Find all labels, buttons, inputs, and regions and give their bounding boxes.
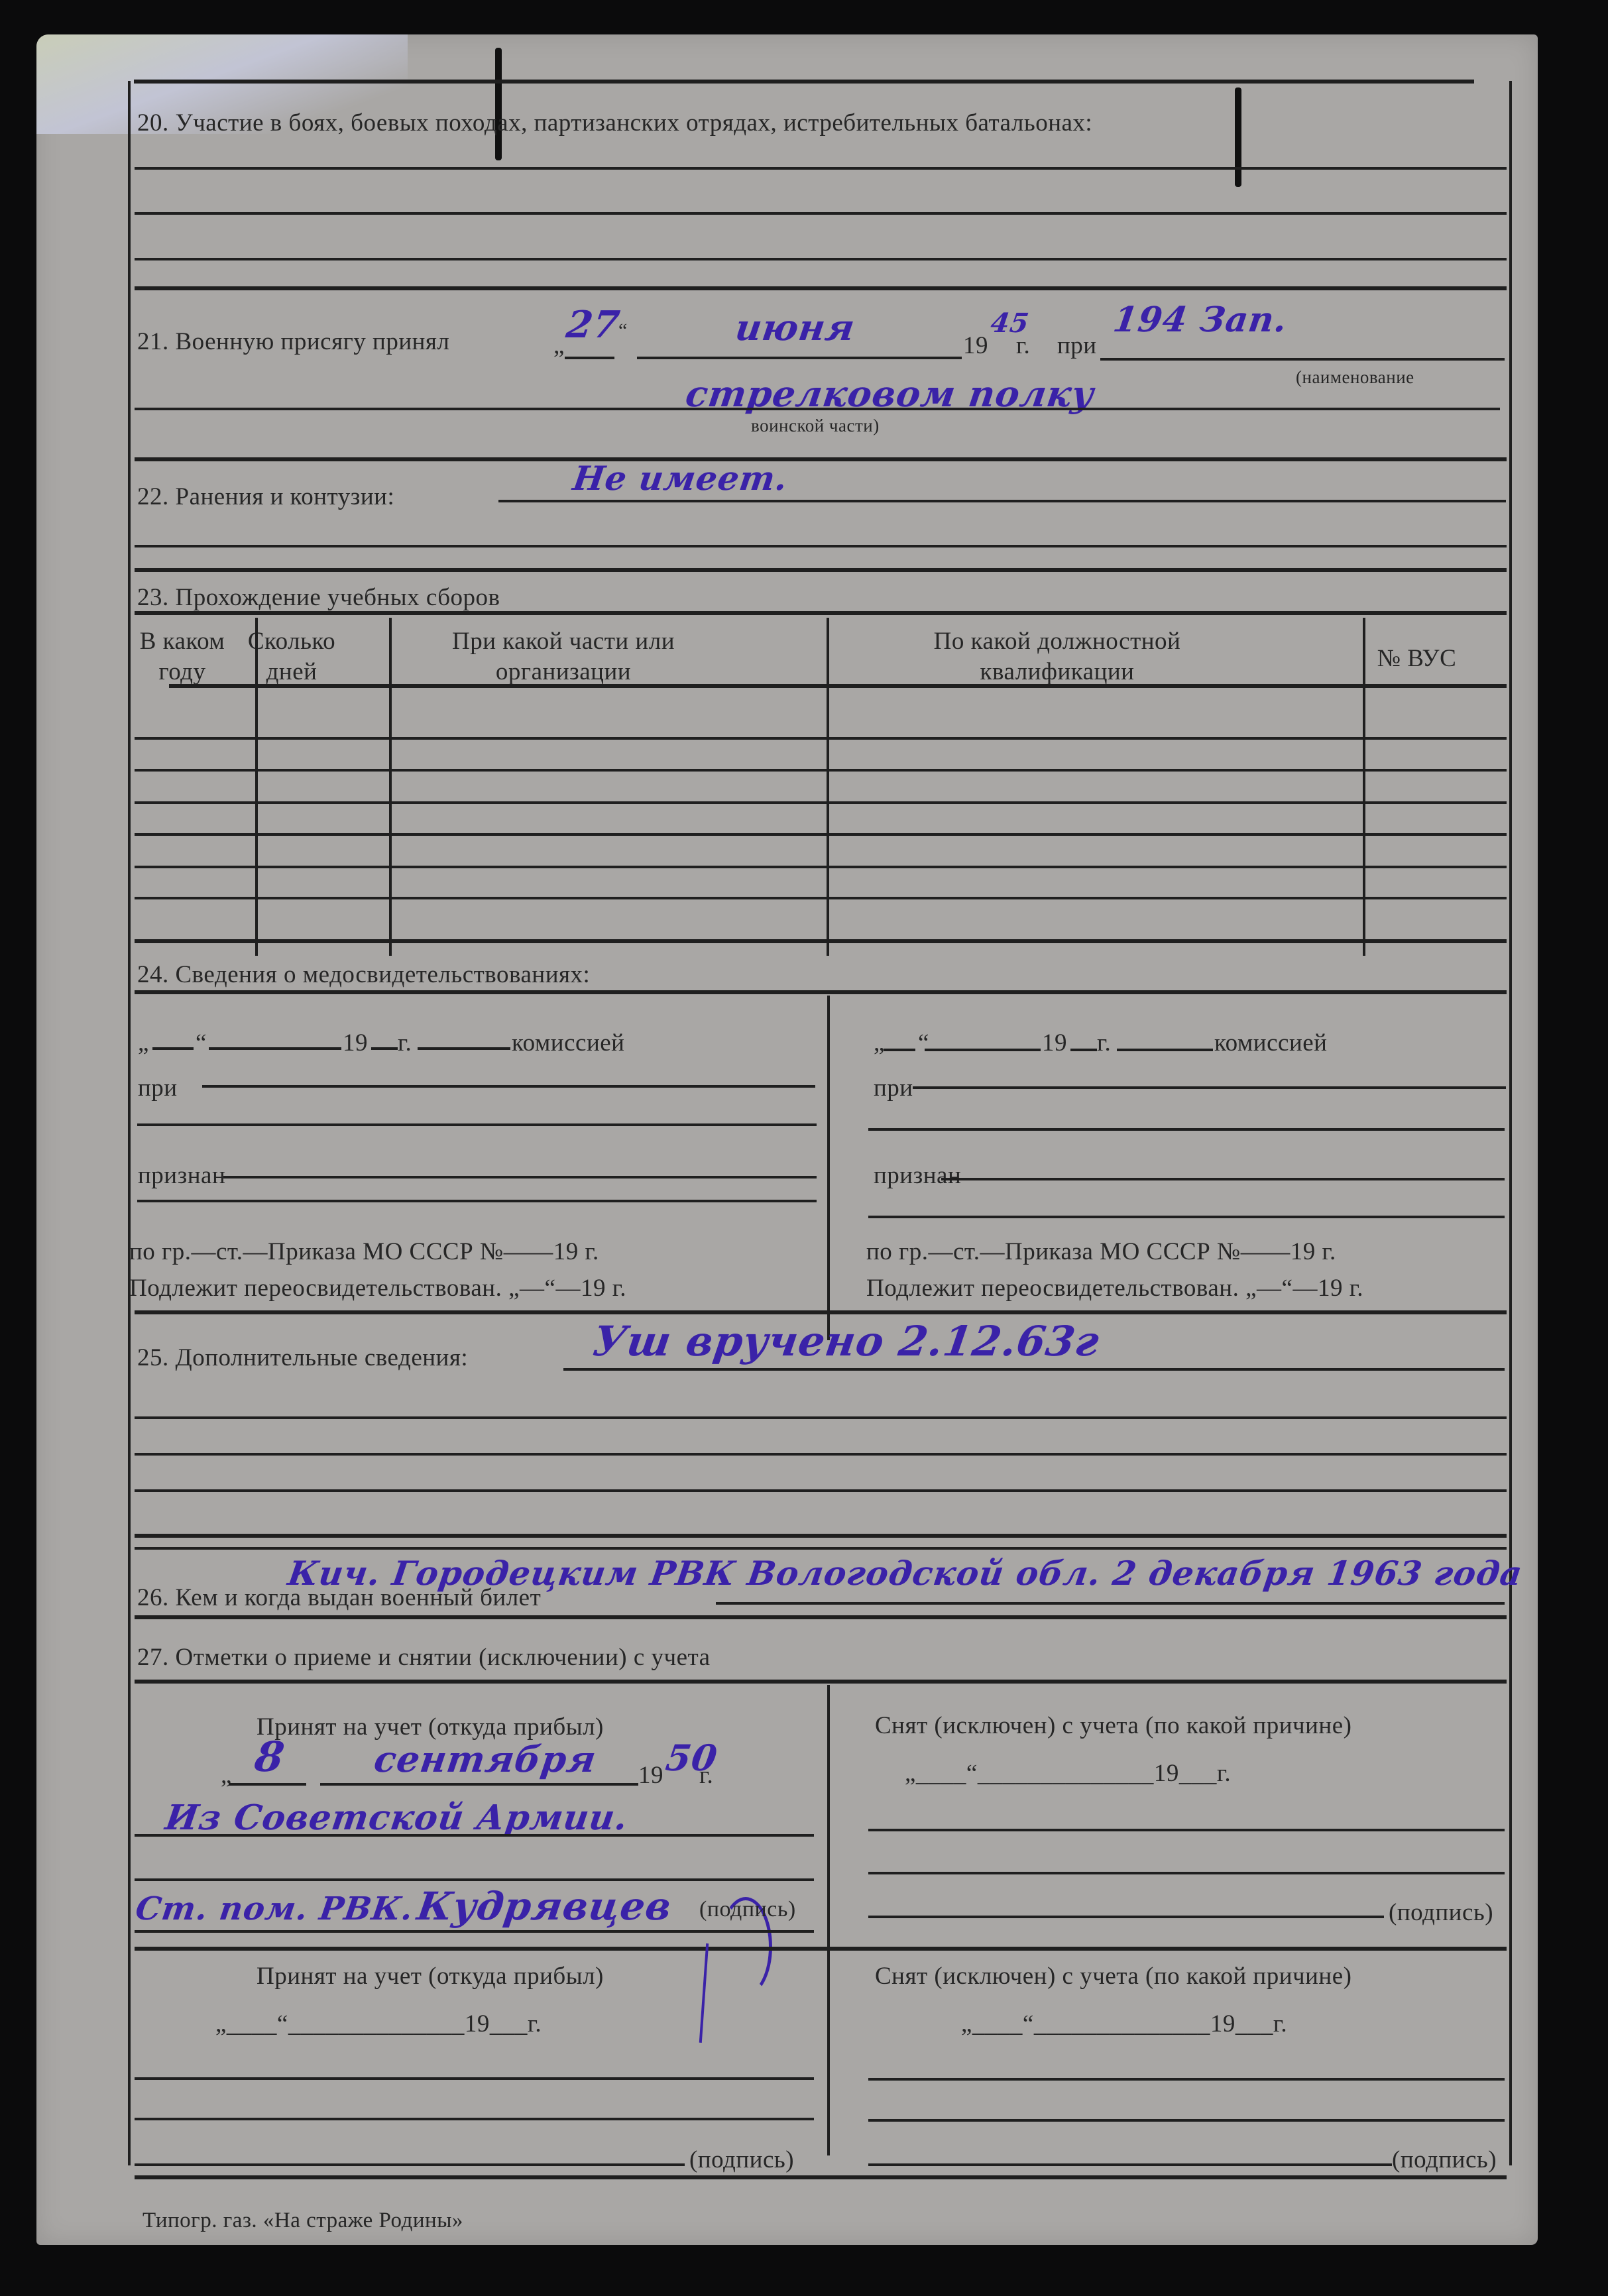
med-r-found: признан [874, 1161, 961, 1190]
s21-caption-unit: воинской части) [751, 416, 880, 436]
accepted-line-2 [135, 1878, 814, 1881]
med-l-quote-open: „ [138, 1029, 149, 1057]
med-l-month-field[interactable] [209, 1047, 341, 1050]
s24-divider [827, 996, 830, 1340]
s23-col-days: Сколько дней [235, 626, 348, 687]
removed-line-2[interactable] [868, 1872, 1505, 1874]
s26-line [716, 1602, 1505, 1605]
col-unit-l1: При какой части или [452, 628, 675, 655]
med-r-year: 19 [1042, 1029, 1067, 1057]
med-r-year-field[interactable] [1070, 1049, 1097, 1051]
s22-line-1 [498, 500, 1506, 502]
col-year-l2: году [158, 658, 205, 685]
med-r-quote-open: „ [874, 1029, 885, 1057]
frame-right [1509, 81, 1512, 2165]
removed-caption-2: Снят (исключен) с учета (по какой причин… [875, 1962, 1351, 1990]
accepted-month-line-1 [320, 1783, 638, 1786]
col-days-l1: Сколько [248, 628, 335, 655]
staple-right [1235, 87, 1241, 187]
removed-caption-1: Снят (исключен) с учета (по какой причин… [875, 1711, 1351, 1740]
ink-stroke [699, 1943, 709, 2043]
s27-header-rule [135, 1680, 1507, 1684]
s26-bottom-rule [135, 1615, 1507, 1619]
s24-bottom-rule [135, 1310, 1507, 1314]
signature-1[interactable]: Кудрявцев [414, 1884, 675, 1929]
accepted-caption-2: Принят на учет (откуда прибыл) [257, 1962, 604, 1990]
s21-close-quote: “ [618, 319, 628, 342]
med-r-order: по гр.—ст.—Приказа МО СССР №——19 г. [866, 1237, 1336, 1266]
s23-col-qualification: По какой должностной квалификации [792, 626, 1322, 687]
col-days-l2: дней [266, 658, 317, 685]
med-l-at-field[interactable] [202, 1085, 815, 1088]
s23-label: 23. Прохождение учебных сборов [137, 583, 500, 612]
s21-unit-line1[interactable]: 194 Зап. [1111, 300, 1290, 340]
med-r-month-field[interactable] [925, 1049, 1041, 1051]
med-r-quote-close: “ [918, 1029, 929, 1057]
med-l-found: признан [138, 1161, 225, 1190]
s25-line-1 [563, 1368, 1505, 1371]
s27-divider [827, 1685, 830, 2155]
signature-caption-1: (подпись) [699, 1897, 796, 1922]
s21-day[interactable]: 27 [563, 303, 622, 347]
s22-line-2 [135, 545, 1507, 547]
s21-label: 21. Военную присягу принял [137, 327, 449, 356]
s21-year-prefix: 19 [963, 331, 988, 360]
printer-imprint: Типогр. газ. «На страже Родины» [143, 2209, 463, 2233]
table-row[interactable] [135, 769, 1507, 772]
med-r-reexam: Подлежит переосвидетельствован. „—“—19 г… [866, 1274, 1363, 1302]
table-row[interactable] [135, 833, 1507, 836]
accepted-day-1[interactable]: 8 [252, 1733, 288, 1781]
s23-header-bottom [169, 684, 1507, 688]
s20-bottom-rule [135, 286, 1507, 290]
form-bottom-rule [135, 2175, 1507, 2179]
s21-month[interactable]: июня [733, 306, 858, 349]
document-page: 20. Участие в боях, боевых походах, парт… [36, 34, 1538, 2245]
removed-sign-caption-1: (подпись) [1389, 1898, 1493, 1927]
s21-year-label: г. [1016, 331, 1030, 360]
s24-label: 24. Сведения о медосвидетельствованиях: [137, 960, 590, 989]
s21-open-quote: „ [553, 331, 565, 360]
med-r-line-2[interactable] [868, 1216, 1505, 1218]
removed-line-1[interactable] [868, 1829, 1505, 1831]
col-sep-1 [255, 618, 258, 956]
s25-value[interactable]: Уш вручено 2.12.63г [590, 1317, 1103, 1365]
med-l-quote-close: “ [196, 1029, 207, 1057]
accepted-signed-by-1[interactable]: Ст. пом. РВК. [133, 1890, 416, 1927]
accepted-caption-1: Принят на учет (откуда прибыл) [257, 1713, 604, 1741]
table-row[interactable] [135, 801, 1507, 804]
accepted-date-2[interactable]: „____“______________19___г. [215, 2010, 542, 2038]
s20-line-3[interactable] [135, 258, 1507, 260]
col-qual-l2: квалификации [980, 658, 1135, 685]
med-r-at: при [874, 1074, 913, 1102]
s25-label: 25. Дополнительные сведения: [137, 1344, 468, 1372]
s21-day-line [565, 357, 614, 359]
accepted-month-1[interactable]: сентября [372, 1738, 599, 1780]
med-l-found-field[interactable] [223, 1176, 817, 1178]
med-l-year: 19 [343, 1029, 368, 1057]
staple-left [495, 48, 502, 160]
s25-line-3[interactable] [135, 1453, 1507, 1456]
s21-caption-name: (наименование [1296, 367, 1414, 388]
accepted-line-1 [135, 1834, 814, 1837]
s26-value[interactable]: Кич. Городецким РВК Вологодской обл. 2 д… [286, 1554, 1525, 1593]
med-r-commission-field[interactable] [1117, 1049, 1213, 1051]
col-sep-2 [389, 618, 392, 956]
removed-date-1[interactable]: „____“______________19___г. [905, 1759, 1231, 1788]
med-l-year-field[interactable] [371, 1047, 398, 1050]
s20-line-1[interactable] [135, 167, 1507, 170]
med-r-at-field[interactable] [913, 1086, 1506, 1089]
signature-caption-2: (подпись) [689, 2146, 794, 2174]
s25-line-4[interactable] [135, 1489, 1507, 1492]
med-l-commission: комиссией [512, 1029, 624, 1057]
accepted-year-prefix-1: 19 [638, 1761, 663, 1790]
med-r-found-field[interactable] [941, 1178, 1505, 1180]
accepted-sign-line-2[interactable] [135, 2163, 685, 2166]
s25-line-2[interactable] [135, 1416, 1507, 1419]
s27-label: 27. Отметки о приеме и снятии (исключени… [137, 1643, 711, 1672]
table-row[interactable] [135, 866, 1507, 868]
med-r-year-label: г. [1097, 1029, 1111, 1057]
med-r-line[interactable] [868, 1128, 1505, 1131]
med-l-at: при [138, 1074, 178, 1102]
s26-top-rule [135, 1547, 1507, 1550]
med-l-order: по гр.—ст.—Приказа МО СССР №——19 г. [129, 1237, 599, 1266]
removed-date-2[interactable]: „____“______________19___г. [961, 2010, 1287, 2038]
med-l-day-field[interactable] [152, 1047, 194, 1050]
s21-bottom-rule [135, 457, 1507, 461]
med-l-reexam: Подлежит переосвидетельствован. „—“—19 г… [129, 1274, 626, 1302]
accepted-sign-line-1 [135, 1930, 814, 1933]
s23-bottom-rule [135, 939, 1507, 943]
accepted-line-3[interactable] [135, 2077, 814, 2080]
med-l-commission-field[interactable] [418, 1047, 510, 1050]
s21-unit-line [1100, 358, 1505, 361]
s21-at-label: при [1057, 331, 1097, 360]
med-l-year-label: г. [398, 1029, 412, 1057]
accepted-day-line-1 [229, 1783, 306, 1786]
removed-sign-line-1[interactable] [868, 1916, 1384, 1918]
s21-month-line [637, 357, 962, 359]
col-sep-4 [1363, 618, 1365, 956]
s20-label: 20. Участие в боях, боевых походах, парт… [137, 109, 1092, 137]
s23-col-vus: № ВУС [1329, 644, 1505, 673]
accepted-year-label-1: г. [699, 1761, 713, 1790]
med-l-line[interactable] [137, 1123, 817, 1126]
accepted-line-4[interactable] [135, 2118, 814, 2120]
removed-sign-caption-2: (подпись) [1392, 2146, 1497, 2174]
s27-middle-rule [135, 1947, 1507, 1951]
table-row[interactable] [135, 737, 1507, 740]
s23-col-unit: При какой части или организации [355, 626, 772, 687]
s21-line-2 [135, 408, 1500, 410]
s25-bottom-rule [135, 1534, 1507, 1538]
col-sep-3 [827, 618, 829, 956]
frame-left [128, 81, 131, 2165]
col-qual-l1: По какой должностной [934, 628, 1181, 655]
med-l-line-2[interactable] [137, 1200, 817, 1202]
s24-header-rule [135, 990, 1507, 994]
s23-col-year: В каком году [133, 626, 232, 687]
removed-sign-line-2[interactable] [868, 2163, 1392, 2166]
s23-header-top [135, 611, 1507, 615]
table-row[interactable] [135, 897, 1507, 899]
med-r-commission: комиссией [1214, 1029, 1327, 1057]
accepted-from-1[interactable]: Из Советской Армии. [163, 1798, 631, 1838]
removed-line-4[interactable] [868, 2119, 1505, 2122]
frame-top [134, 80, 1474, 84]
removed-line-3[interactable] [868, 2078, 1505, 2081]
s22-value[interactable]: Не имеет. [571, 459, 791, 498]
s22-bottom-rule [135, 568, 1507, 572]
s20-line-2[interactable] [135, 212, 1507, 215]
med-r-day-field[interactable] [884, 1049, 915, 1051]
s22-label: 22. Ранения и контузии: [137, 483, 394, 511]
col-unit-l2: организации [496, 658, 631, 685]
col-year-l1: В каком [140, 628, 225, 655]
